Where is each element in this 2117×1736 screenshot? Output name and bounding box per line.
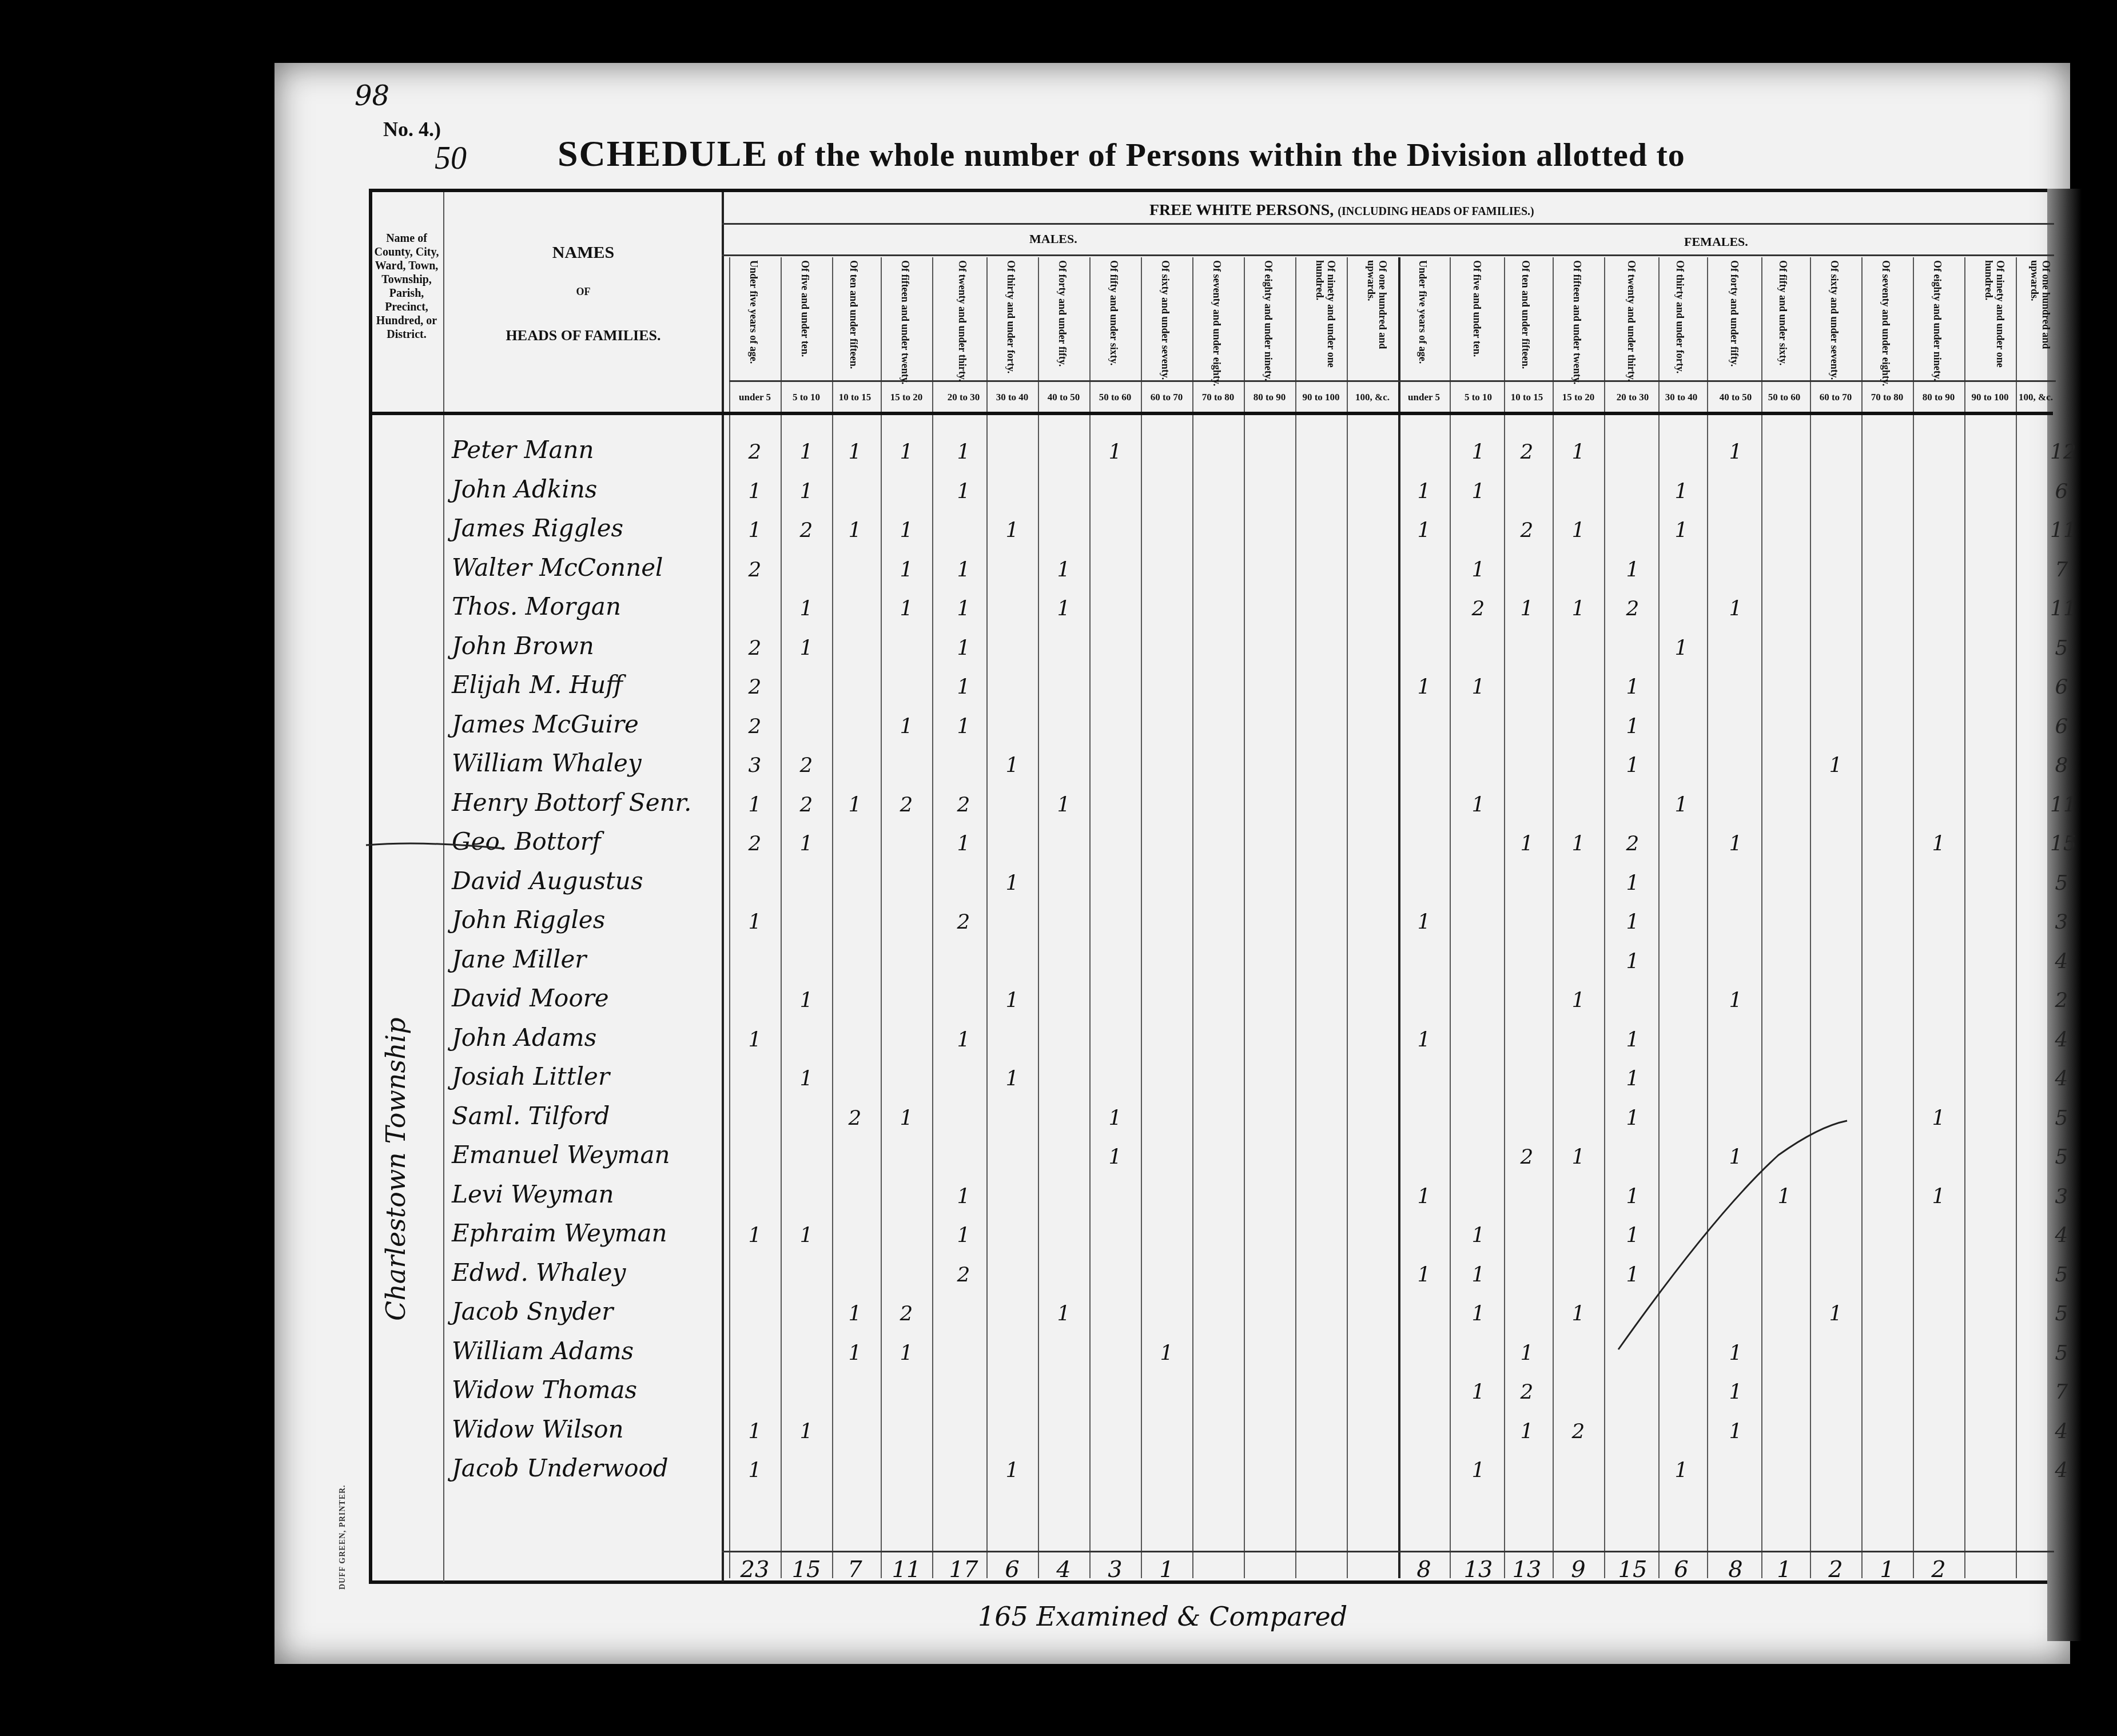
annotation-strokes — [0, 0, 2117, 1736]
